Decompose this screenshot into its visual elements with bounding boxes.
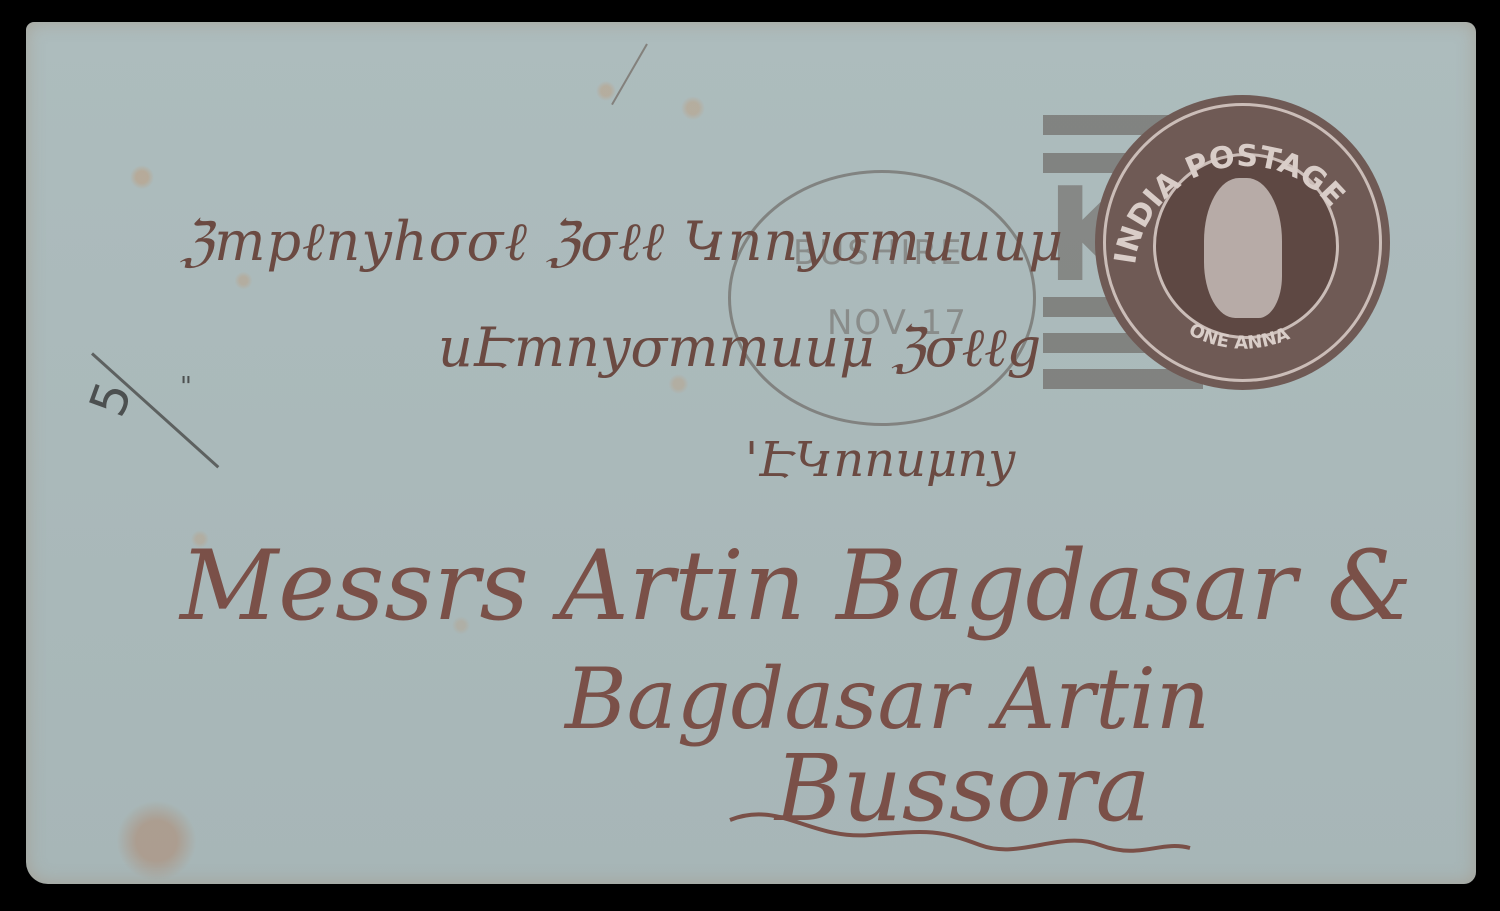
pencil-mark: " bbox=[180, 372, 192, 402]
armenian-handwriting-line-2: uԷmnyσmmuuμ ℨσℓℓg bbox=[438, 316, 1041, 379]
address-line-1: Messrs Artin Bagdasar & bbox=[180, 530, 1412, 642]
underline-flourish bbox=[720, 800, 1200, 860]
stamp-bottom-text: ONE ANNA bbox=[1185, 319, 1292, 353]
postmark: BUSHIRE NOV 17 bbox=[728, 170, 1036, 426]
stamp-text-ring: INDIA POSTAGE ONE ANNA bbox=[1095, 95, 1390, 390]
armenian-handwriting-line-3: 'ԷԿnnuμny bbox=[745, 432, 1015, 488]
paper-tear bbox=[611, 44, 648, 106]
stamp-top-text: INDIA POSTAGE bbox=[1108, 139, 1351, 267]
stamp-indicium: INDIA POSTAGE ONE ANNA bbox=[1095, 95, 1390, 390]
armenian-handwriting-line-1: ℨmpℓnyhσσℓ ℨσℓℓ Կnnyσmuuuμ bbox=[180, 210, 1064, 273]
address-line-2: Bagdasar Artin bbox=[565, 650, 1210, 748]
